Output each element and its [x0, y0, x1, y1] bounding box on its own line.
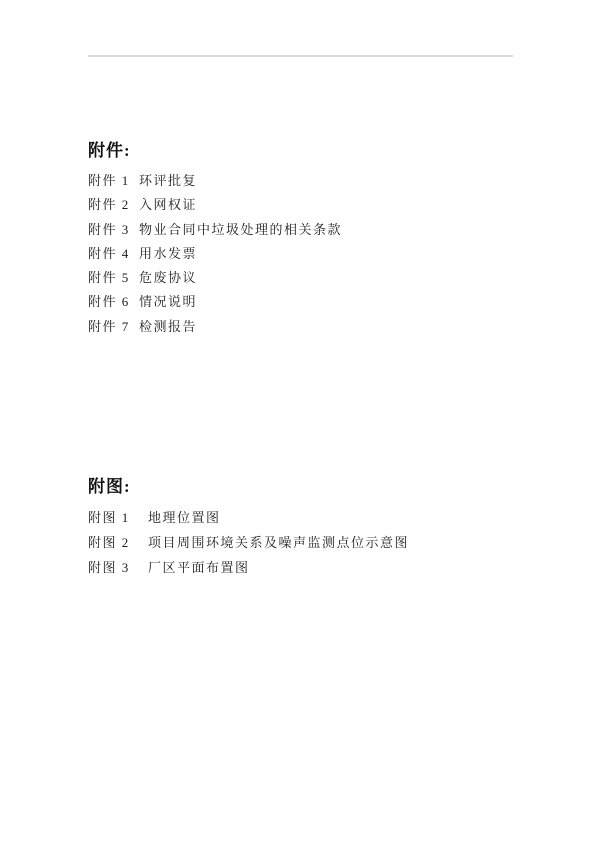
- figure-number: 附图 1: [88, 505, 148, 530]
- attachment-item: 附件 7 检测报告: [88, 315, 342, 339]
- attachment-item: 附件 3 物业合同中垃圾处理的相关条款: [88, 218, 342, 242]
- attachments-heading: 附件:: [88, 140, 342, 162]
- document-page: 附件: 附件 1 环评批复 附件 2 入网权证 附件 3 物业合同中垃圾处理的相…: [0, 0, 601, 850]
- figure-label: 地理位置图: [148, 505, 221, 530]
- header-divider: [88, 55, 513, 57]
- attachment-item: 附件 5 危废协议: [88, 266, 342, 290]
- figure-label: 项目周围环境关系及噪声监测点位示意图: [148, 530, 409, 555]
- attachment-number: 附件 7: [88, 315, 139, 339]
- figure-item: 附图 1 地理位置图: [88, 505, 409, 530]
- figures-heading: 附图:: [88, 476, 409, 498]
- figures-section: 附图: 附图 1 地理位置图 附图 2 项目周围环境关系及噪声监测点位示意图 附…: [88, 476, 409, 580]
- attachment-label: 入网权证: [139, 193, 197, 217]
- attachment-item: 附件 1 环评批复: [88, 169, 342, 193]
- attachment-number: 附件 1: [88, 169, 139, 193]
- figure-item: 附图 3 厂区平面布置图: [88, 555, 409, 580]
- attachment-item: 附件 4 用水发票: [88, 242, 342, 266]
- attachment-number: 附件 2: [88, 193, 139, 217]
- attachments-section: 附件: 附件 1 环评批复 附件 2 入网权证 附件 3 物业合同中垃圾处理的相…: [88, 140, 342, 339]
- figure-number: 附图 2: [88, 530, 148, 555]
- attachment-label: 环评批复: [139, 169, 197, 193]
- attachment-label: 检测报告: [139, 315, 197, 339]
- attachment-label: 情况说明: [139, 290, 197, 314]
- attachment-label: 物业合同中垃圾处理的相关条款: [139, 218, 342, 242]
- figure-item: 附图 2 项目周围环境关系及噪声监测点位示意图: [88, 530, 409, 555]
- attachment-number: 附件 3: [88, 218, 139, 242]
- attachment-number: 附件 6: [88, 290, 139, 314]
- figure-number: 附图 3: [88, 555, 148, 580]
- attachment-item: 附件 2 入网权证: [88, 193, 342, 217]
- attachment-label: 用水发票: [139, 242, 197, 266]
- attachment-number: 附件 5: [88, 266, 139, 290]
- attachment-label: 危废协议: [139, 266, 197, 290]
- figure-label: 厂区平面布置图: [148, 555, 250, 580]
- attachment-number: 附件 4: [88, 242, 139, 266]
- attachment-item: 附件 6 情况说明: [88, 290, 342, 314]
